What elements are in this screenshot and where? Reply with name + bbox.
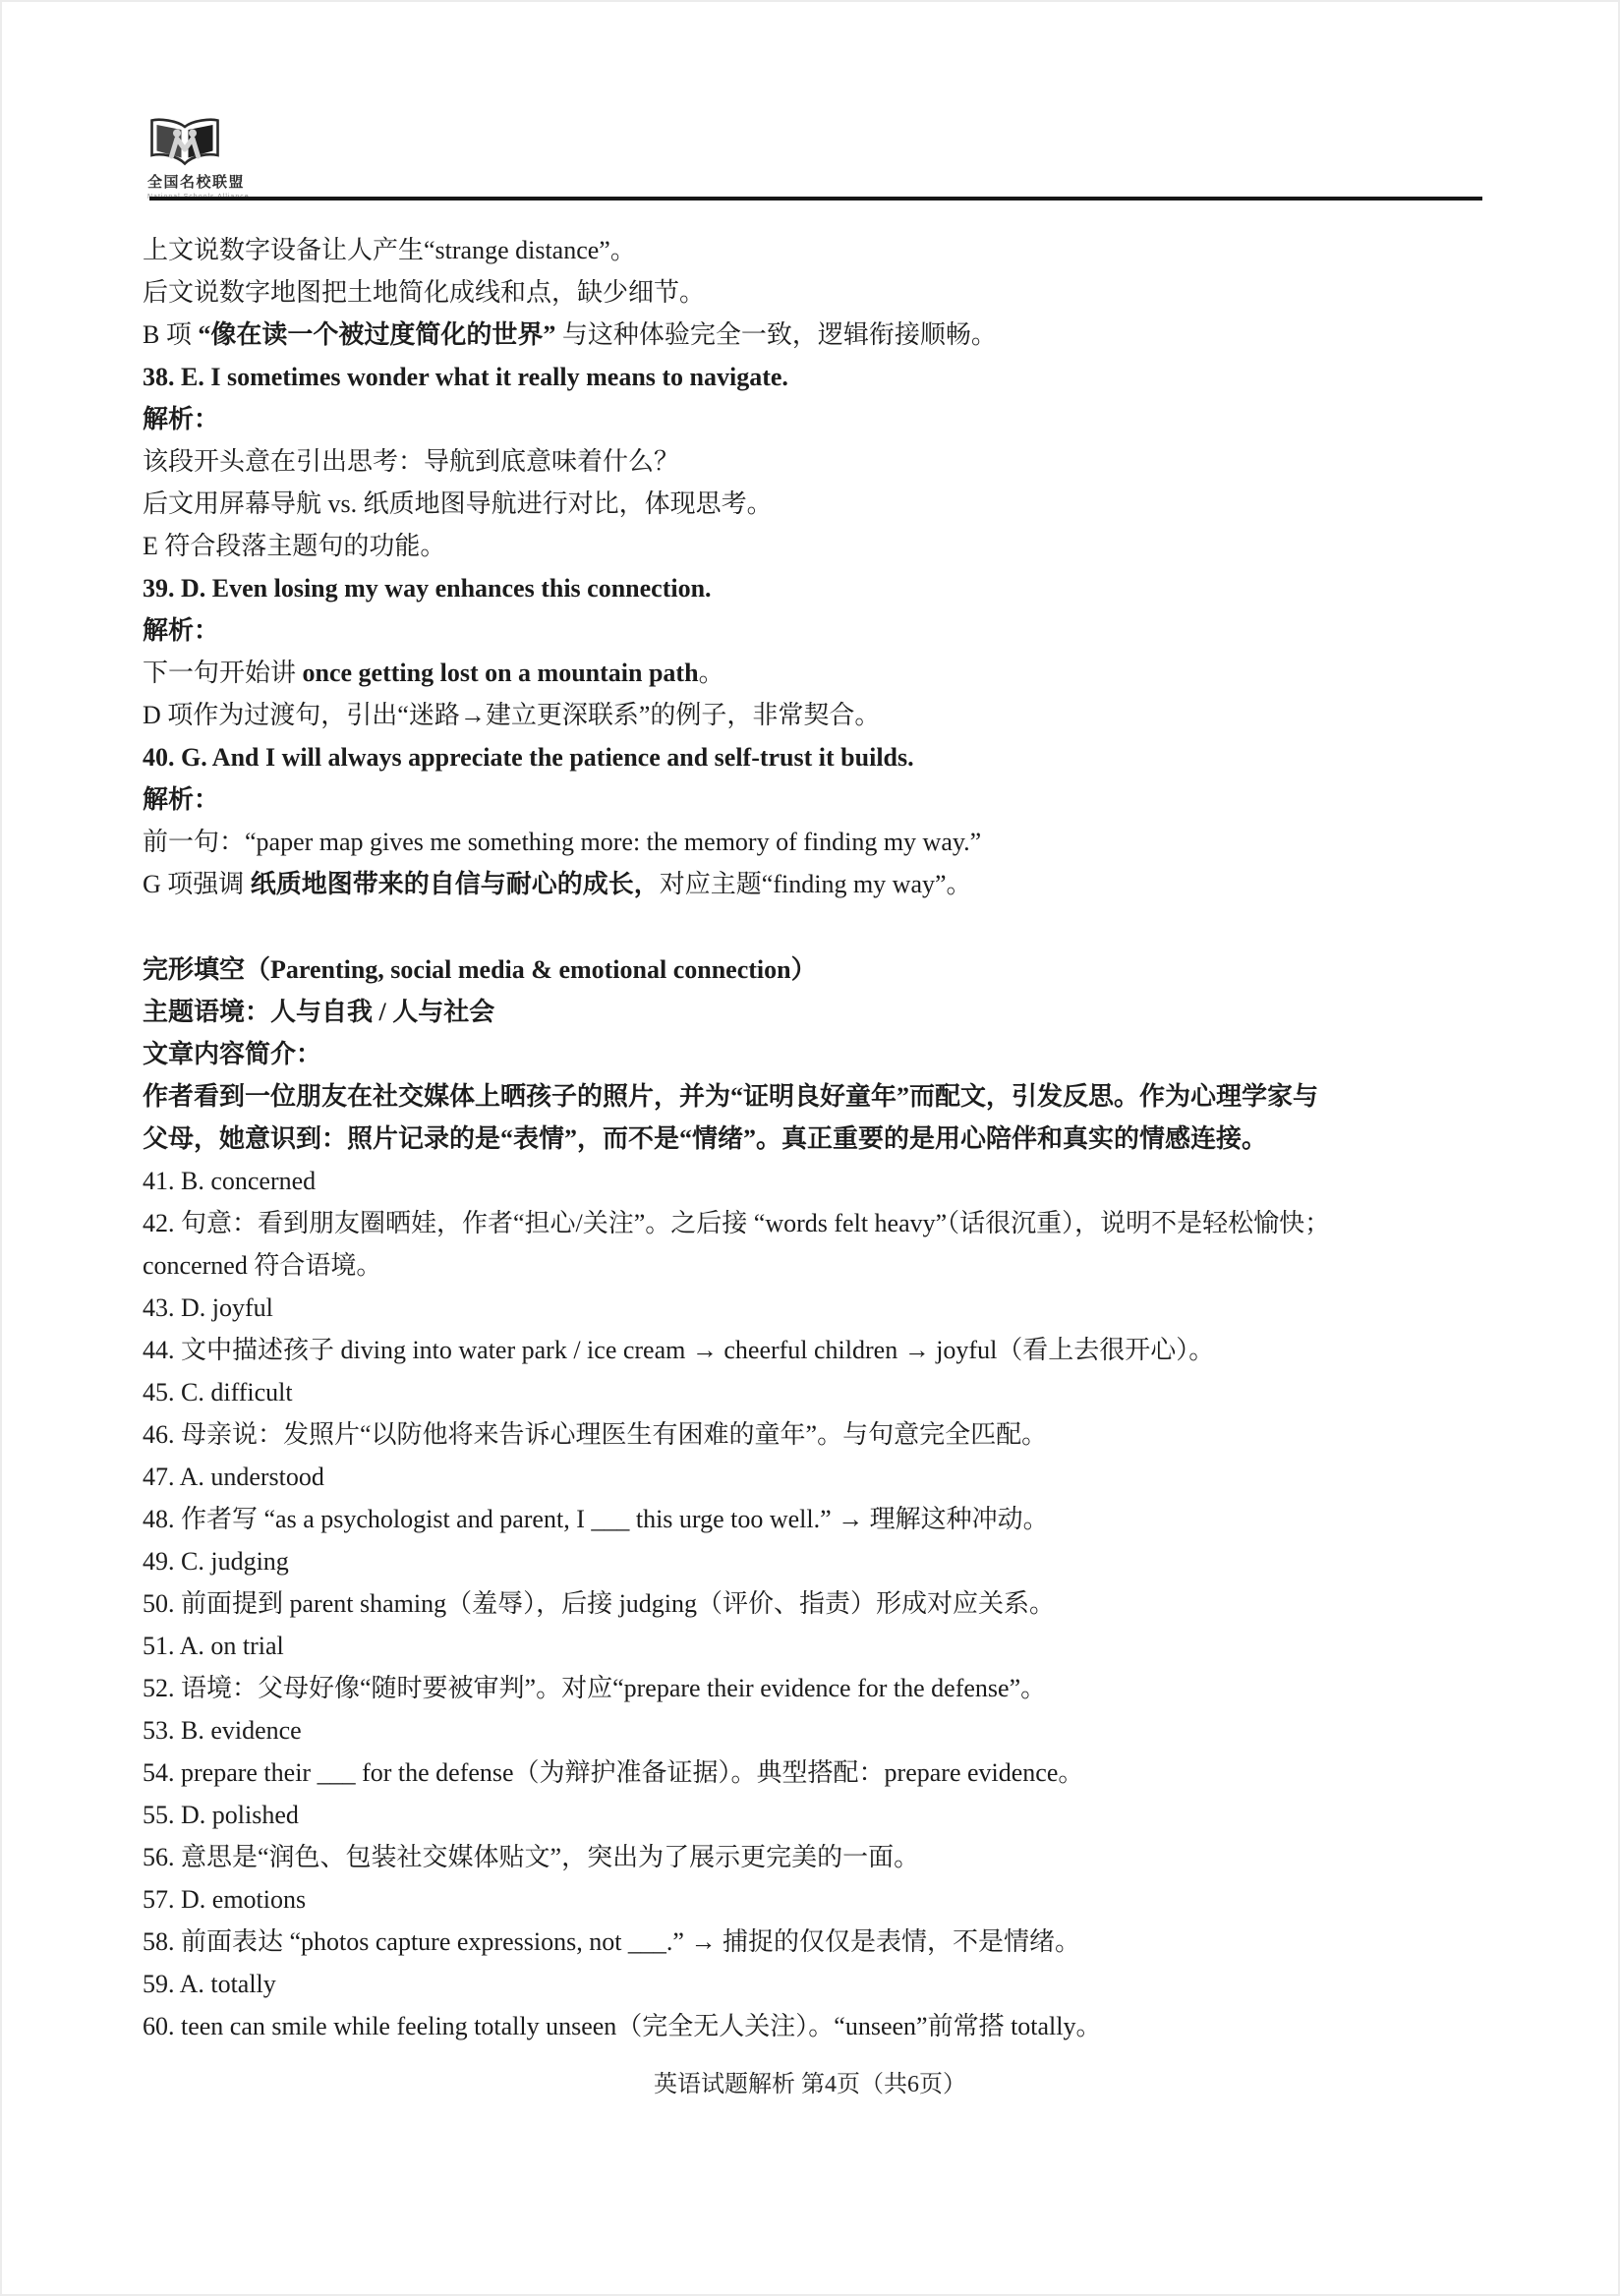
text-line: 50. 前面提到 parent shaming（羞辱），后接 judging（评… bbox=[143, 1582, 1495, 1625]
section-cloze-analysis: 完形填空（Parenting, social media & emotional… bbox=[143, 948, 1495, 2047]
text-line: 上文说数字设备让人产生“strange distance”。 bbox=[143, 229, 1495, 271]
text-segment: 48. 作者写 “as a psychologist and parent, I… bbox=[143, 1505, 1049, 1533]
text-segment: 52. 语境：父母好像“随时要被审判”。对应“prepare their evi… bbox=[143, 1674, 1046, 1702]
text-line: 43. D. joyful bbox=[143, 1287, 1495, 1329]
answer-analysis-content: 上文说数字设备让人产生“strange distance”。后文说数字地图把土地… bbox=[143, 229, 1495, 2047]
text-segment: 57. D. emotions bbox=[143, 1885, 306, 1914]
text-segment: 51. A. on trial bbox=[143, 1632, 284, 1660]
text-line: 父母，她意识到：照片记录的是“表情”，而不是“情绪”。真正重要的是用心陪伴和真实… bbox=[143, 1118, 1495, 1160]
text-line: 前一句：“paper map gives me something more: … bbox=[143, 821, 1495, 863]
text-segment: 后文用屏幕导航 vs. 纸质地图导航进行对比，体现思考。 bbox=[143, 489, 773, 518]
text-line: 60. teen can smile while feeling totally… bbox=[143, 2005, 1495, 2047]
text-segment: 46. 母亲说：发照片“以防他将来告诉心理医生有困难的童年”。与句意完全匹配。 bbox=[143, 1420, 1047, 1449]
bold-text-segment: 完形填空（Parenting, social media & emotional… bbox=[143, 955, 817, 984]
text-segment: 49. C. judging bbox=[143, 1547, 289, 1576]
bold-text-segment: 文章内容简介： bbox=[143, 1040, 321, 1068]
bold-text-segment: 38. E. I sometimes wonder what it really… bbox=[143, 363, 788, 391]
text-line: 38. E. I sometimes wonder what it really… bbox=[143, 356, 1495, 398]
text-line: 解析： bbox=[143, 609, 1495, 652]
text-line: 后文说数字地图把土地简化成线和点，缺少细节。 bbox=[143, 271, 1495, 314]
text-line: 解析： bbox=[143, 398, 1495, 440]
open-book-logo-icon bbox=[147, 118, 222, 167]
bold-text-segment: 39. D. Even losing my way enhances this … bbox=[143, 574, 712, 603]
text-line: 下一句开始讲 once getting lost on a mountain p… bbox=[143, 652, 1495, 694]
text-segment: 与这种体验完全一致，逻辑衔接顺畅。 bbox=[555, 320, 997, 349]
text-line: E 符合段落主题句的功能。 bbox=[143, 525, 1495, 567]
bold-text-segment: 作者看到一位朋友在社交媒体上晒孩子的照片，并为“证明良好童年”而配文，引发反思。… bbox=[143, 1082, 1318, 1111]
text-line: 解析： bbox=[143, 778, 1495, 821]
text-line: 42. 句意：看到朋友圈晒娃，作者“担心/关注”。之后接 “words felt… bbox=[143, 1202, 1495, 1244]
text-segment: 50. 前面提到 parent shaming（羞辱），后接 judging（评… bbox=[143, 1589, 1055, 1618]
text-segment: concerned 符合语境。 bbox=[143, 1251, 381, 1280]
text-segment: 53. B. evidence bbox=[143, 1716, 302, 1745]
text-segment: 42. 句意：看到朋友圈晒娃，作者“担心/关注”。之后接 “words felt… bbox=[143, 1209, 1330, 1237]
text-segment: 44. 文中描述孩子 diving into water park / ice … bbox=[143, 1336, 1214, 1364]
text-segment: 56. 意思是“润色、包装社交媒体贴文”，突出为了展示更完美的一面。 bbox=[143, 1843, 919, 1871]
text-line: 47. A. understood bbox=[143, 1456, 1495, 1498]
text-line: 48. 作者写 “as a psychologist and parent, I… bbox=[143, 1498, 1495, 1540]
text-line: 55. D. polished bbox=[143, 1794, 1495, 1836]
header-logo: 全国名校联盟 National Schools Alliance bbox=[147, 118, 315, 201]
text-line: 作者看到一位朋友在社交媒体上晒孩子的照片，并为“证明良好童年”而配文，引发反思。… bbox=[143, 1075, 1495, 1118]
text-segment: 54. prepare their ___ for the defense（为辩… bbox=[143, 1758, 1083, 1787]
text-line: 完形填空（Parenting, social media & emotional… bbox=[143, 948, 1495, 991]
text-line: D 项作为过渡句，引出“迷路→建立更深联系”的例子，非常契合。 bbox=[143, 694, 1495, 736]
text-segment: 45. C. difficult bbox=[143, 1378, 293, 1406]
text-line: 53. B. evidence bbox=[143, 1709, 1495, 1751]
bold-text-segment: 40. G. And I will always appreciate the … bbox=[143, 743, 914, 772]
text-line: G 项强调 纸质地图带来的自信与耐心的成长，对应主题“finding my wa… bbox=[143, 863, 1495, 905]
text-segment: 该段开头意在引出思考：导航到底意味着什么？ bbox=[143, 447, 679, 476]
footer-page-label: 英语试题解析 第4页（共6页） bbox=[0, 2064, 1620, 2106]
text-segment: 59. A. totally bbox=[143, 1970, 276, 1998]
text-line: 59. A. totally bbox=[143, 1963, 1495, 2005]
text-segment: B 项 bbox=[143, 320, 198, 349]
text-segment: 后文说数字地图把土地简化成线和点，缺少细节。 bbox=[143, 278, 705, 307]
text-segment: 下一句开始讲 bbox=[143, 659, 303, 687]
text-line: 后文用屏幕导航 vs. 纸质地图导航进行对比，体现思考。 bbox=[143, 483, 1495, 525]
logo-chinese-name: 全国名校联盟 bbox=[147, 171, 315, 192]
header-divider-rule bbox=[149, 197, 1482, 201]
text-segment: 58. 前面表达 “photos capture expressions, no… bbox=[143, 1927, 1080, 1956]
text-segment: 55. D. polished bbox=[143, 1801, 299, 1829]
text-segment: 。 bbox=[699, 659, 724, 687]
text-line: 56. 意思是“润色、包装社交媒体贴文”，突出为了展示更完美的一面。 bbox=[143, 1836, 1495, 1878]
text-segment: E 符合段落主题句的功能。 bbox=[143, 532, 445, 560]
bold-text-segment: 父母，她意识到：照片记录的是“表情”，而不是“情绪”。真正重要的是用心陪伴和真实… bbox=[143, 1124, 1267, 1153]
text-segment: D 项作为过渡句，引出“迷路→建立更深联系”的例子，非常契合。 bbox=[143, 701, 880, 729]
text-segment: 43. D. joyful bbox=[143, 1293, 273, 1322]
text-segment: 47. A. understood bbox=[143, 1463, 324, 1491]
bold-text-segment: 纸质地图带来的自信与耐心的成长， bbox=[251, 870, 660, 898]
bold-text-segment: once getting lost on a mountain path bbox=[303, 659, 699, 687]
text-line: 49. C. judging bbox=[143, 1540, 1495, 1582]
text-line: 40. G. And I will always appreciate the … bbox=[143, 736, 1495, 778]
text-line: 58. 前面表达 “photos capture expressions, no… bbox=[143, 1921, 1495, 1963]
text-line: 54. prepare their ___ for the defense（为辩… bbox=[143, 1751, 1495, 1794]
text-line: 46. 母亲说：发照片“以防他将来告诉心理医生有困难的童年”。与句意完全匹配。 bbox=[143, 1413, 1495, 1456]
text-line: 39. D. Even losing my way enhances this … bbox=[143, 567, 1495, 609]
bold-text-segment: 解析： bbox=[143, 616, 219, 645]
text-segment: 60. teen can smile while feeling totally… bbox=[143, 2012, 1102, 2040]
bold-text-segment: 主题语境：人与自我 / 人与社会 bbox=[143, 998, 494, 1026]
text-line: 该段开头意在引出思考：导航到底意味着什么？ bbox=[143, 440, 1495, 483]
text-line: 51. A. on trial bbox=[143, 1625, 1495, 1667]
bold-text-segment: “像在读一个被过度简化的世界” bbox=[198, 320, 555, 349]
text-line: 44. 文中描述孩子 diving into water park / ice … bbox=[143, 1329, 1495, 1371]
text-segment: 对应主题“finding my way”。 bbox=[660, 870, 972, 898]
bold-text-segment: 解析： bbox=[143, 785, 219, 814]
text-line: B 项 “像在读一个被过度简化的世界” 与这种体验完全一致，逻辑衔接顺畅。 bbox=[143, 314, 1495, 356]
text-line: 文章内容简介： bbox=[143, 1033, 1495, 1075]
document-page: { "colors": { "ink": "#1c1c1c", "rule": … bbox=[0, 0, 1620, 2296]
section-reading-gap-fill-analysis: 上文说数字设备让人产生“strange distance”。后文说数字地图把土地… bbox=[143, 229, 1495, 905]
text-line: 52. 语境：父母好像“随时要被审判”。对应“prepare their evi… bbox=[143, 1667, 1495, 1709]
text-line: 57. D. emotions bbox=[143, 1878, 1495, 1921]
text-segment: 上文说数字设备让人产生“strange distance”。 bbox=[143, 236, 636, 264]
text-segment: G 项强调 bbox=[143, 870, 251, 898]
text-segment: 41. B. concerned bbox=[143, 1167, 316, 1195]
text-segment: 前一句：“paper map gives me something more: … bbox=[143, 828, 981, 856]
text-line: concerned 符合语境。 bbox=[143, 1244, 1495, 1287]
text-line: 45. C. difficult bbox=[143, 1371, 1495, 1413]
text-line: 41. B. concerned bbox=[143, 1160, 1495, 1202]
text-line: 主题语境：人与自我 / 人与社会 bbox=[143, 991, 1495, 1033]
bold-text-segment: 解析： bbox=[143, 405, 219, 433]
